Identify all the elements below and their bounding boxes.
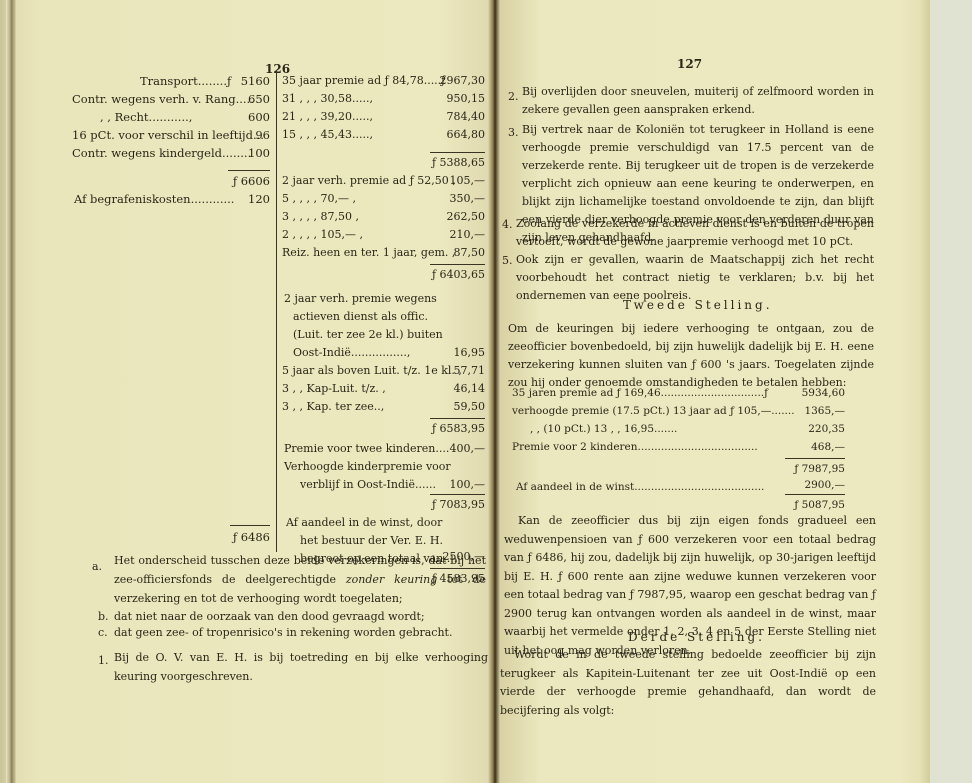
col2-row-value: 784,40 [425,108,485,126]
sum-rule [228,170,270,171]
col2-text: 2 jaar verh. premie wegens [284,290,437,308]
calc-row-label: , , (10 pCt.) 13 , , 16,95....... [530,420,677,438]
note-4: Zoolang de verzekerde in actieven dienst… [516,215,874,251]
calc-row-value: 1365,— [795,402,845,420]
note-marker: 5. [502,252,513,270]
col1-row-value: 600 [230,108,270,126]
col1-row-label: Contr. wegens verh. v. Rang..... [72,90,254,108]
col2-subtotal: ƒ 5388,65 [405,154,485,172]
sum-rule [785,494,845,495]
calc-row-label: verhoogde premie (17.5 pCt.) 13 jaar ad … [512,402,795,420]
col2-row-label: 21 , , , 39,20....., [282,108,373,126]
col1-row-value: 96 [230,126,270,144]
col1-deduct-label: Af begrafeniskosten............ [74,190,234,208]
col1-row-value: 100 [230,144,270,162]
col2-text: Oost-Indië................, [293,344,410,362]
note-marker: a. [92,558,102,576]
calc-row-value: 220,35 [795,420,845,438]
col2-row-value: 262,50 [425,208,485,226]
col2-row-value: 16,95 [425,344,485,362]
note-marker: 4. [502,216,513,234]
col2-text: (Luit. ter zee 2e kl.) buiten [293,326,443,344]
col1-row-value: 5160 [230,72,270,90]
note-marker: 1. [98,652,109,670]
col2-row-value: 664,80 [425,126,485,144]
col2-row-label: 35 jaar premie ad ƒ 84,78.....ƒ [282,72,445,90]
col1-subtotal: ƒ 6606 [190,172,270,190]
sum-rule [430,418,485,419]
column-divider [276,70,277,552]
note-marker: c. [98,624,108,642]
col1-total: ƒ 6486 [190,528,270,546]
note-emphasis: zonder keuring [346,573,437,586]
col1-row-label: Transport........ƒ [140,72,231,90]
col1-deduct-value: 120 [230,190,270,208]
col2-row-label: 3 , , , , 87,50 , [282,208,359,226]
paragraph-tweede: Om de keuringen bij iedere verhooging te… [508,320,874,392]
col2-row-label: 15 , , , 45,43....., [282,126,373,144]
sum-rule [230,525,270,526]
heading-derde-stelling: Derde Stelling. [628,628,765,646]
calc-deduct-value: 2900,— [795,476,845,494]
col2-row-value: 400,— [425,440,485,458]
col2-row-value: 100,— [425,476,485,494]
col2-row-value: 46,14 [425,380,485,398]
note-2: Bij overlijden door sneuvelen, muiterij … [522,83,874,119]
page-edge-left [6,0,16,783]
col2-row-value: 87,50 [425,244,485,262]
col2-row-label: 31 , , , 30,58....., [282,90,373,108]
sum-rule [430,494,485,495]
calc-row-value: 468,— [795,438,845,456]
col2-row-value: 57,71 [425,362,485,380]
col2-text: actieven dienst als offic. [293,308,428,326]
calc-row-value: 5934,60 [795,384,845,402]
col2-row-value: 105,— [425,172,485,190]
note-marker: 3. [508,124,519,142]
col2-text: het bestuur der Ver. E. H. [300,532,443,550]
paragraph-derde: Wordt de in de tweede stelling bedoelde … [500,646,876,720]
col2-row-label: 2 , , , , 105,— , [282,226,363,244]
col2-row-label: 3 , , Kap. ter zee.., [282,398,384,416]
background-right [930,0,972,783]
col2-row-label: 5 , , , , 70,— , [282,190,356,208]
col1-row-label: Contr. wegens kindergeld........ [72,144,251,162]
calc-deduct-label: Af aandeel in de winst..................… [516,478,764,496]
col2-row-value: 350,— [425,190,485,208]
calc-row-label: Premie voor 2 kinderen..................… [512,438,758,456]
col1-row-value: 650 [230,90,270,108]
note-a: Het onderscheid tusschen deze beide verz… [114,551,486,608]
col2-subtotal: ƒ 6583,95 [405,420,485,438]
sum-rule [785,458,845,459]
col2-subtotal: ƒ 7083,95 [405,496,485,514]
note-marker: 2. [508,88,519,106]
note-c: dat geen zee- of tropenrisico's in reken… [114,624,452,642]
col2-row-value: 59,50 [425,398,485,416]
sum-rule [430,152,485,153]
col1-row-label: , , Recht..........., [100,108,192,126]
col2-row-label: 3 , , Kap-Luit. t/z. , [282,380,386,398]
col2-row-value: 2967,30 [425,72,485,90]
col2-row-value: 210,— [425,226,485,244]
heading-tweede-stelling: Tweede Stelling. [623,296,773,314]
page-number-right: 127 [677,57,702,71]
col2-row-label: Verhoogde kinderpremie voor [284,458,451,476]
col2-text: Af aandeel in de winst, door [286,514,442,532]
calc-row-label: 35 jaren premie ad ƒ 169,46.............… [512,384,768,402]
col2-subtotal: ƒ 6403,65 [405,266,485,284]
note-1: Bij de O. V. van E. H. is bij toetreding… [114,648,488,686]
sum-rule [430,264,485,265]
col2-row-label: verblijf in Oost-Indië...... [300,476,436,494]
col2-row-value: 950,15 [425,90,485,108]
